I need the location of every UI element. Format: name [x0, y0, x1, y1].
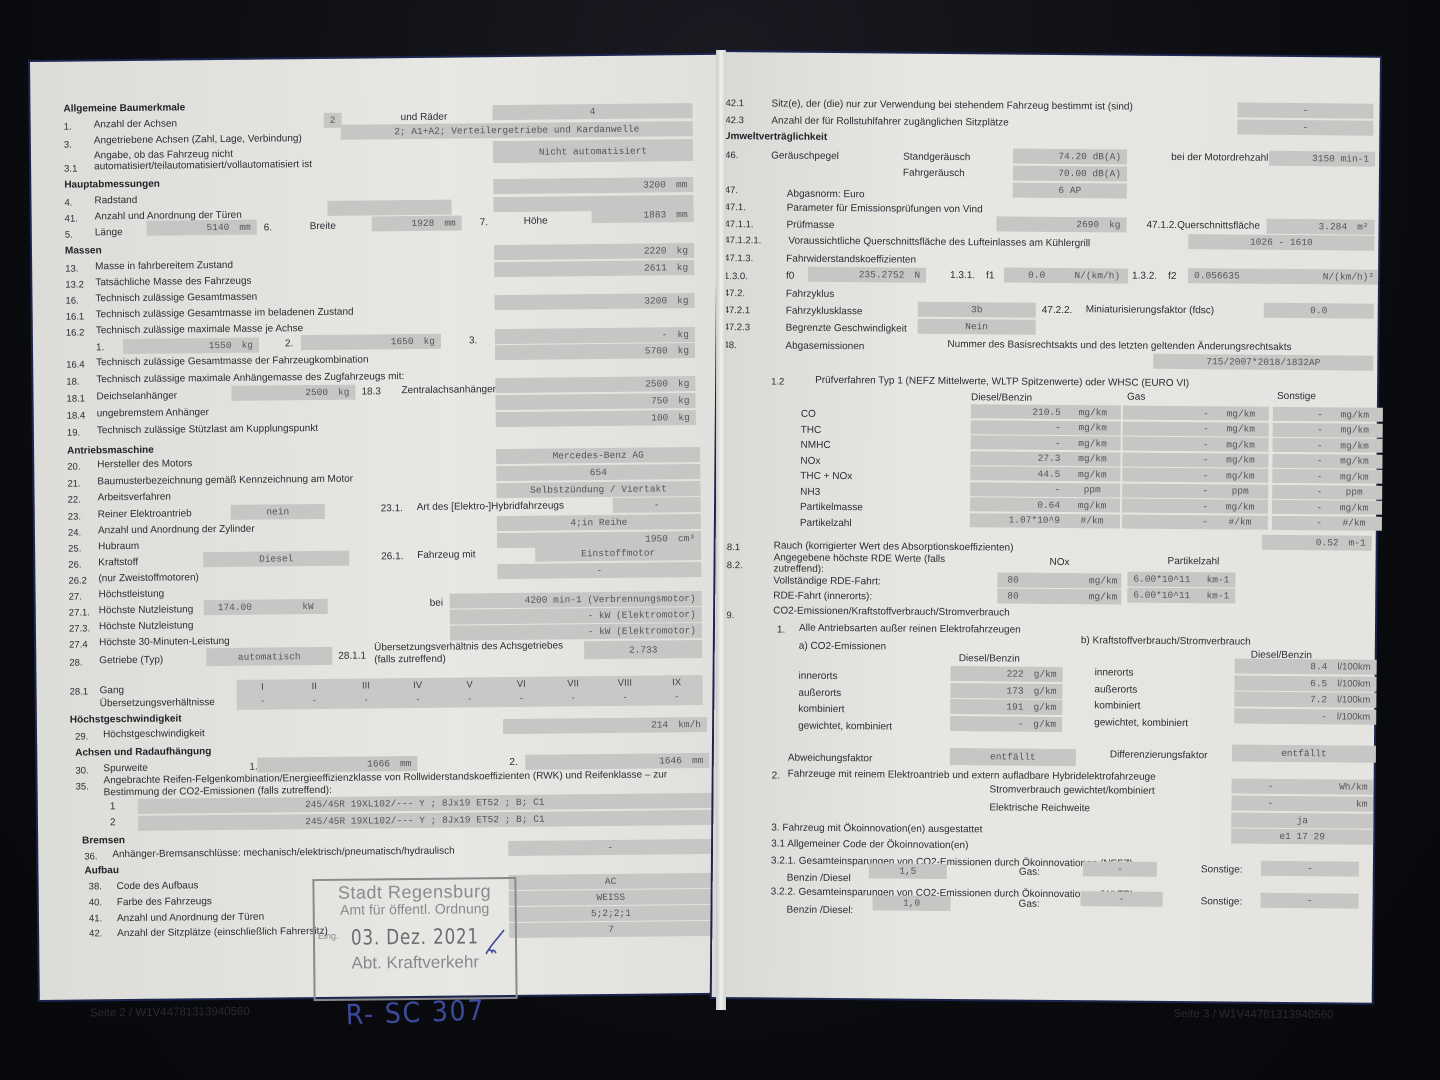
- pure-electric-value: nein: [231, 504, 325, 520]
- emission-other: -mg/km: [1272, 500, 1382, 515]
- label-f1: f1: [986, 270, 994, 281]
- label-cylinders: Anzahl und Anordnung der Zylinder: [98, 524, 255, 537]
- row-number: 27.1.: [69, 607, 90, 618]
- row-number: 47.1.2.1.: [724, 235, 761, 246]
- actual-mass-value: 2611kg: [494, 260, 694, 277]
- seats-value: 7: [509, 921, 713, 938]
- emission-gas: -ppm: [1122, 483, 1268, 498]
- axle-3-mass: -kg: [495, 327, 695, 344]
- label-width: Breite: [310, 221, 336, 232]
- row-number: 28.1.1: [338, 651, 366, 662]
- row-number: 7.: [480, 217, 488, 228]
- savings-wltp-other: -: [1261, 893, 1359, 909]
- stamp-office: Amt für öffentl. Ordnung: [315, 900, 515, 918]
- row-number: 47.2.2.: [1042, 305, 1073, 316]
- gear-ratio: -: [340, 694, 392, 706]
- co2-row-label: gewichtet, kombiniert: [798, 720, 892, 732]
- coupling-load-value: 100kg: [496, 410, 696, 427]
- label-other: Sonstige:: [1201, 896, 1243, 907]
- row-number: 38.: [89, 881, 102, 892]
- max-net-power-electric-value: - kW (Elektromotor): [450, 607, 702, 625]
- stamp-date: 03. Dez. 2021: [335, 924, 495, 950]
- emission-gas: -mg/km: [1122, 499, 1268, 514]
- hybrid-type-value: -: [613, 497, 701, 513]
- co2-row-label: innerorts: [799, 671, 838, 682]
- fuel-value: 8.4l/100km: [1235, 659, 1377, 675]
- emission-gas: -#/km: [1122, 514, 1268, 529]
- downscaling-factor-value: 0.0: [1264, 303, 1374, 319]
- track-width-2-value: 1646mm: [525, 753, 709, 770]
- gear-label: IX: [651, 677, 703, 689]
- row-number: 3.1: [64, 164, 77, 175]
- column-header-rde-pn: Partikelzahl: [1168, 556, 1220, 567]
- page-footer-3: Seite 3 / W1V44781313940560: [1174, 1008, 1334, 1021]
- column-header-gas: Gas: [1127, 392, 1145, 403]
- stationary-seats-value: -: [1237, 103, 1373, 119]
- dual-fuel-value: -: [497, 562, 701, 579]
- engine-type-value: 654: [496, 464, 700, 481]
- label-downscaling-factor: Miniaturisierungsfaktor (fdsc): [1086, 304, 1214, 316]
- emission-diesel: -mg/km: [971, 435, 1121, 450]
- driving-noise-value: 70.00 dB(A): [1013, 166, 1127, 182]
- combination-mass-value: 5700kg: [495, 343, 695, 360]
- label-fuel-consumption: b) Kraftstoffverbrauch/Stromverbrauch: [1081, 635, 1251, 647]
- max-net-power-value: 174.00kW: [204, 599, 328, 615]
- gear-ratio: -: [288, 695, 340, 707]
- fuel-row-label: außerorts: [1094, 684, 1137, 695]
- column-header-other: Sonstige: [1277, 391, 1316, 402]
- label-axle-2: 2.: [285, 338, 293, 349]
- row-number: 4.: [64, 198, 72, 209]
- row-number: 47.1.: [725, 202, 746, 213]
- label-engine-manufacturer: Hersteller des Motors: [97, 458, 192, 470]
- wheels-value: 4: [492, 103, 692, 120]
- eco-innovation-code-value: e1 17 29: [1231, 828, 1373, 844]
- signature-icon: [478, 928, 508, 958]
- label-grille-area: Voraussichtliche Querschnittsfläche des …: [788, 236, 1090, 250]
- row-number: 13.2: [65, 279, 84, 290]
- row-number: 13.: [65, 264, 78, 275]
- gear-label: IV: [392, 680, 444, 692]
- row-number: 18.4: [67, 410, 86, 421]
- label-seats: Anzahl der Sitzplätze (einschließlich Fa…: [117, 926, 328, 939]
- label-axle-1: 1.: [96, 342, 104, 353]
- label-max-net-power: Höchste Nutzleistung: [99, 604, 194, 616]
- emission-other: -#/km: [1272, 515, 1382, 530]
- emission-row-label: CO: [801, 409, 816, 420]
- fuel-value: -l/100km: [1234, 708, 1376, 724]
- rde-urban-pn: 6.00*10^11km-1: [1127, 588, 1235, 604]
- trailer-brakes-value: -: [508, 839, 712, 856]
- label-wheels: und Räder: [401, 112, 448, 123]
- row-number: 42.: [89, 928, 102, 939]
- fuel-row-label: innerorts: [1095, 667, 1134, 678]
- rde-full-nox: 80mg/km: [997, 572, 1121, 588]
- row-number: 36.: [84, 851, 97, 862]
- label-gas: Gas:: [1019, 899, 1040, 910]
- label-hybrid-type: Art des [Elektro-]Hybridfahrzeugs: [417, 500, 564, 513]
- emission-row-label: Partikelzahl: [800, 517, 852, 528]
- label-vehicle-with: Fahrzeug mit: [417, 549, 475, 561]
- label-exhaust-emissions: Abgasemissionen: [785, 341, 864, 353]
- unbraked-trailer-value: 750kg: [496, 393, 696, 410]
- row-number: 16.4: [66, 359, 85, 370]
- row-number: 29.: [75, 731, 88, 742]
- row-number: 16.1: [66, 311, 85, 322]
- emission-diesel: 210.5mg/km: [971, 404, 1121, 419]
- row-number: 25.: [68, 543, 81, 554]
- emission-other: -ppm: [1272, 484, 1382, 499]
- label-trailer-mass: Technisch zulässige maximale Anhängemass…: [96, 371, 404, 385]
- row-number: 21.: [67, 478, 80, 489]
- engine-manufacturer-value: Mercedes-Benz AG: [496, 447, 700, 464]
- co2-value: -g/km: [950, 716, 1062, 732]
- label-f0: f0: [786, 271, 794, 282]
- co2-table: innerorts222g/kmaußerorts173g/kmkombinie…: [798, 665, 1069, 737]
- emission-diesel: 27.3mg/km: [970, 451, 1120, 466]
- gear-label: VII: [547, 678, 599, 690]
- 30-min-power-value: - kW (Elektromotor): [450, 623, 702, 641]
- emission-gas: -mg/km: [1123, 421, 1269, 436]
- row-number: 47.2.1: [724, 305, 751, 316]
- label-track-width: Spurweite: [103, 763, 148, 774]
- row-number: 6.: [264, 222, 272, 233]
- label-max-power: Höchstleistung: [99, 589, 165, 601]
- label-wheelchair-seats: Anzahl der für Rollstuhlfahrer zugänglic…: [771, 115, 1008, 128]
- axle-2-mass: 1650kg: [301, 334, 441, 350]
- label-f2: f2: [1168, 271, 1176, 282]
- section-heading-axles: Achsen und Radaufhängung: [75, 746, 211, 758]
- label-co2-fuel: CO2-Emissionen/Kraftstoffverbrauch/Strom…: [773, 605, 1010, 618]
- rde-urban-nox: 80mg/km: [997, 588, 1121, 604]
- co2-row-label: kombiniert: [798, 704, 844, 715]
- f2-value: 0.056635N/(km/h)²: [1188, 268, 1378, 285]
- row-number: 26.1.: [381, 551, 403, 562]
- emission-other: -mg/km: [1273, 438, 1383, 453]
- label-length: Länge: [95, 227, 123, 238]
- label-limited-speed: Begrenzte Geschwindigkeit: [786, 323, 907, 335]
- fuel-row-label: kombiniert: [1094, 700, 1140, 711]
- fuel-row-label: gewichtet, kombiniert: [1094, 717, 1188, 729]
- row-number: 1.3.2.: [1132, 271, 1157, 282]
- paper-fold: [716, 50, 726, 1010]
- drawbar-trailer-value: 2500kg: [231, 385, 355, 401]
- emission-gas: -mg/km: [1123, 437, 1269, 452]
- color-value: WEISS: [509, 889, 713, 906]
- row-number: 40.: [89, 897, 102, 908]
- section-heading-dimensions: Hauptabmessungen: [64, 179, 160, 191]
- document-page-3: 42.1 Sitz(e), der (die) nur zur Verwendu…: [712, 52, 1380, 1003]
- row-number: 16.2: [66, 327, 85, 338]
- width-value: 1928mm: [372, 215, 462, 231]
- axle-distance-1-2: [327, 200, 451, 216]
- label-frontal-area: 47.1.2.Querschnittsfläche: [1146, 220, 1260, 232]
- emission-standard-value: 6 AP: [1013, 183, 1127, 199]
- differentiation-factor-value: entfällt: [1232, 744, 1376, 762]
- fuel-value: 7.2l/100km: [1234, 692, 1376, 708]
- column-header-co2-diesel: Diesel/Benzin: [959, 653, 1020, 665]
- label-savings-wltp: 3.2.2. Gesamteinsparungen von CO2-Emissi…: [771, 886, 1134, 900]
- limited-speed-value: Nein: [918, 319, 1036, 335]
- label-trailer-brakes: Anhänger-Bremsanschlüsse: mechanisch/ele…: [112, 846, 454, 861]
- gear-label: I: [237, 681, 289, 693]
- axle-1-mass: 1550kg: [123, 338, 259, 354]
- frontal-area-value: 3.284m²: [1266, 219, 1374, 235]
- emission-row-label: NMHC: [801, 440, 831, 451]
- cycle-class-value: 3b: [918, 302, 1036, 318]
- label-other: Sonstige:: [1201, 864, 1243, 875]
- max-power-rpm-value: 4200 min-1 (Verbrennungsmotor): [450, 591, 702, 609]
- savings-wltp-gas: -: [1081, 891, 1163, 907]
- gear-ratio: -: [599, 692, 651, 704]
- emission-other: -mg/km: [1272, 453, 1382, 468]
- deviation-factor-value: entfällt: [950, 748, 1076, 766]
- gear-ratio: -: [237, 695, 289, 707]
- emission-gas: -mg/km: [1122, 468, 1268, 483]
- driven-axles-value: 2; A1+A2; Verteilergetriebe und Kardanwe…: [341, 121, 693, 140]
- fuel-value: 6.5l/100km: [1234, 675, 1376, 691]
- label-dual-fuel: (nur Zweistoffmotoren): [98, 572, 199, 584]
- test-mass-value: 2690kg: [996, 216, 1126, 232]
- row-number: 26.: [68, 559, 81, 570]
- smoke-value: 0.52m-1: [1262, 535, 1372, 551]
- row-number: 3.: [64, 140, 72, 151]
- engine-speed-value: 3150 min-1: [1269, 151, 1375, 167]
- row-number: 47.1.3.: [724, 253, 753, 264]
- section-heading-environment: Umweltverträglichkeit: [723, 131, 827, 143]
- document-page-2: Allgemeine Baumerkmale 1. Anzahl der Ach…: [30, 55, 734, 1000]
- co2-value: 191g/km: [950, 699, 1062, 715]
- label-body-code: Code des Aufbaus: [117, 880, 199, 892]
- label-fuel: Kraftstoff: [98, 557, 138, 568]
- label-pure-electric: Reiner Elektroantrieb: [98, 508, 192, 520]
- wheelbase-value: 3200mm: [493, 177, 693, 194]
- label-final-drive-ratio-2: (falls zutreffend): [374, 654, 446, 666]
- row-number: 18.3: [361, 386, 381, 397]
- label-gear-ratios: Übersetzungsverhältnisse: [100, 697, 215, 709]
- row-number: 47.: [725, 185, 738, 196]
- gear-ratio: -: [444, 693, 496, 705]
- label-electric-vehicles: Fahrzeuge mit reinem Elektroantrieb und …: [788, 769, 1156, 783]
- fuel-table: innerorts8.4l/100kmaußerorts6.5l/100kmko…: [1094, 661, 1377, 733]
- gear-ratio-table: I-II-III-IV-V-VI-VII-VIII-IX-: [236, 675, 702, 710]
- stationary-noise-value: 74.20 dB(A): [1013, 149, 1127, 165]
- label-rde-2: zutreffend):: [773, 563, 824, 574]
- row-number: 1.2: [771, 376, 784, 387]
- gear-ratio: -: [392, 694, 444, 706]
- label-tyres-1: Angebrachte Reifen-Felgenkombination/Ene…: [103, 769, 667, 786]
- row-number: 19.: [67, 427, 80, 438]
- row-number: 42.3: [725, 115, 744, 126]
- row-number: 27.3.: [69, 623, 90, 634]
- row-number: 23.1.: [381, 503, 403, 514]
- grille-area-value: 1026 - 1610: [1188, 234, 1374, 251]
- label-road-load-coeff: Fahrwiderstandskoeffizienten: [786, 254, 916, 266]
- emission-gas: -mg/km: [1122, 452, 1268, 467]
- emission-other: -mg/km: [1273, 407, 1383, 422]
- label-petrol-diesel: Benzin /Diesel:: [786, 905, 853, 917]
- height-value: 1883mm: [592, 207, 694, 223]
- label-deviation-factor: Abweichungsfaktor: [788, 753, 873, 765]
- electric-range-value: -km: [1231, 795, 1373, 811]
- label-actual-mass: Tatsächliche Masse des Fahrzeugs: [95, 276, 251, 289]
- row-number: 23.: [68, 511, 81, 522]
- row-number: 20.: [67, 461, 80, 472]
- label-emission-standard: Abgasnorm: Euro: [787, 189, 865, 201]
- label-eco-innovation-code: 3.1 Allgemeiner Code der Ökoinnovation(e…: [771, 838, 968, 851]
- label-height: Höhe: [524, 216, 548, 227]
- section-heading-masses: Massen: [65, 245, 102, 256]
- rde-full-pn: 6.00*10^11km-1: [1127, 572, 1235, 588]
- row-number: 18.: [66, 376, 79, 387]
- label-gear: Gang: [100, 685, 125, 696]
- co2-value: 222g/km: [951, 666, 1063, 682]
- row-number: 1.: [777, 625, 785, 636]
- legal-act-value: 715/2007*2018/1832AP: [1153, 354, 1373, 371]
- emission-other: -mg/km: [1272, 469, 1382, 484]
- column-header-diesel: Diesel/Benzin: [971, 392, 1032, 404]
- tyre-row-index: 2: [110, 817, 116, 828]
- savings-wltp-diesel: 1,0: [873, 895, 951, 911]
- row-number: 30.: [75, 765, 88, 776]
- row-number: 1.3.0.: [724, 271, 748, 282]
- track-width-1-value: 1666mm: [257, 756, 417, 773]
- emission-table: CO210.5mg/km-mg/km-mg/kmTHC-mg/km-mg/km-…: [800, 403, 1381, 538]
- label-gas: Gas:: [1019, 867, 1040, 878]
- row-number: 47.2.3: [724, 322, 751, 333]
- section-heading-brakes: Bremsen: [82, 835, 125, 846]
- emission-row-label: NOx: [800, 455, 820, 466]
- row-number: 27.4: [69, 639, 88, 650]
- label-co2-emissions: a) CO2-Emissionen: [799, 641, 886, 653]
- length-value: 5140mm: [147, 220, 257, 236]
- eco-innovation-value: ja: [1231, 812, 1373, 828]
- gear-label: II: [288, 681, 340, 693]
- section-heading-body: Aufbau: [84, 865, 119, 876]
- label-savings-nedc: 3.2.1. Gesamteinsparungen von CO2-Emissi…: [771, 855, 1133, 869]
- emission-diesel: 0.64mg/km: [970, 497, 1120, 512]
- axles-value: 2: [324, 113, 342, 128]
- row-number: 41.: [89, 913, 102, 924]
- label-all-drives: Alle Antriebsarten außer reinen Elektrof…: [799, 623, 1021, 636]
- label-drawbar-trailer: Deichselanhänger: [96, 390, 177, 402]
- label-axles: Anzahl der Achsen: [94, 118, 178, 130]
- emission-other: -mg/km: [1273, 422, 1383, 437]
- label-legal-act: Nummer des Basisrechtsakts und des letzt…: [947, 339, 1291, 353]
- row-number: 47.2.: [724, 288, 745, 299]
- row-number: 42.1: [726, 98, 745, 109]
- label-axle-3: 3.: [469, 335, 477, 346]
- row-number: 46.: [725, 150, 738, 161]
- gross-mass-laden-value: 3200kg: [494, 293, 694, 310]
- label-combination-mass: Technisch zulässige Gesamtmasse der Fahr…: [96, 354, 368, 368]
- emission-diesel: -mg/km: [971, 420, 1121, 435]
- co2-value: 173g/km: [950, 683, 1062, 699]
- label-coupling-load: Technisch zulässige Stützlast am Kupplun…: [97, 423, 318, 436]
- co2-row-label: außerorts: [798, 687, 841, 698]
- label-type1-test: Prüfverfahren Typ 1 (NEFZ Mittelwerte, W…: [815, 375, 1189, 389]
- label-petrol-diesel: Benzin /Diesel: [787, 873, 851, 885]
- label-displacement: Hubraum: [98, 541, 139, 552]
- label-center-axle-trailer: Zentralachsanhänger: [401, 384, 496, 396]
- label-unbraked-trailer: ungebremstem Anhänger: [97, 407, 209, 419]
- label-electric-range: Elektrische Reichweite: [989, 802, 1090, 814]
- label-emission-test-params: Parameter für Emissionsprüfungen von Vin…: [787, 203, 983, 216]
- curb-mass-value: 2220kg: [494, 243, 694, 260]
- row-number: 2.: [772, 770, 780, 781]
- gear-ratio: -: [651, 691, 703, 703]
- gearbox-value: automatisch: [206, 647, 332, 666]
- label-curb-mass: Masse in fahrbereitem Zustand: [95, 260, 233, 272]
- savings-nedc-gas: -: [1083, 861, 1157, 877]
- label-at: bei: [430, 598, 443, 609]
- column-header-rde-nox: NOx: [1050, 557, 1070, 568]
- power-consumption-value: -Wh/km: [1232, 778, 1374, 794]
- f0-value: 235.2752N: [808, 267, 926, 283]
- label-doors: Anzahl und Anordnung der Türen: [117, 912, 264, 925]
- label-noise-level: Geräuschpegel: [771, 150, 839, 162]
- tyre-row-index: 1: [110, 801, 116, 812]
- label-power-consumption: Stromverbrauch gewichtet/kombiniert: [990, 784, 1155, 796]
- label-gearbox: Getriebe (Typ): [99, 655, 163, 667]
- label-driven-axles: Angetriebene Achsen (Zahl, Lage, Verbind…: [94, 133, 302, 146]
- section-heading-max-speed: Höchstgeschwindigkeit: [70, 713, 182, 725]
- label-test-mass: Prüfmasse: [786, 220, 834, 231]
- emission-row-label: NH3: [800, 486, 820, 497]
- label-rde-full: Vollständige RDE-Fahrt:: [773, 575, 880, 587]
- row-number: 16.: [65, 296, 78, 307]
- gear-label: VIII: [599, 678, 651, 690]
- gear-ratio: -: [547, 692, 599, 704]
- row-number: 1.: [64, 122, 72, 133]
- label-stationary-noise: Standgeräusch: [903, 152, 970, 164]
- savings-nedc-other: -: [1261, 861, 1359, 877]
- label-driving-noise: Fahrgeräusch: [903, 168, 965, 180]
- label-final-drive-ratio-1: Übersetzungsverhältnis des Achsgetriebes: [374, 640, 563, 653]
- label-wheelbase: Radstand: [94, 195, 137, 206]
- tyre-combination-2: 245/45R 19XL102/--- Y ; 8Jx19 ET52 ; B; …: [138, 810, 712, 831]
- fuel-system-value: Einstoffmotor: [535, 545, 701, 562]
- label-30-min-power: Höchste 30-Minuten-Leistung: [99, 636, 230, 648]
- emission-row-label: THC + NOx: [800, 471, 852, 482]
- row-number: 22.: [68, 494, 81, 505]
- row-number: 27.: [69, 591, 82, 602]
- wheelchair-seats-value: -: [1237, 120, 1373, 136]
- label-stationary-seats: Sitz(e), der (die) nur zur Verwendung be…: [772, 98, 1133, 112]
- page-footer-2: Seite 2 / W1V44781313940560: [90, 1006, 250, 1020]
- label-working-principle: Arbeitsverfahren: [98, 492, 171, 504]
- label-rde-urban: RDE-Fahrt (innerorts):: [773, 590, 872, 602]
- f1-value: 0.0N/(km/h): [1004, 267, 1128, 283]
- section-heading-engine: Antriebsmaschine: [67, 445, 154, 457]
- gear-label: VI: [495, 679, 547, 691]
- final-drive-ratio-value: 2.733: [584, 640, 702, 659]
- emission-diesel: 1.07*10^9#/km: [970, 513, 1120, 528]
- cylinders-value: 4;in Reihe: [497, 514, 701, 531]
- row-number: 28.: [69, 657, 82, 668]
- savings-nedc-diesel: 1,5: [869, 863, 947, 879]
- row-number: 24.: [68, 527, 81, 538]
- fuel-value: Diesel: [203, 551, 349, 568]
- label-track-2: 2.: [509, 757, 517, 768]
- body-code-value: AC: [509, 873, 713, 890]
- label-smoke: Rauch (korrigierter Wert des Absorptions…: [774, 540, 1014, 553]
- label-max-net-power-electric: Höchste Nutzleistung: [99, 620, 194, 632]
- emission-diesel: -ppm: [970, 482, 1120, 497]
- row-number: 47.1.1.: [724, 219, 753, 230]
- label-eco-innovation: 3. Fahrzeug mit Ökoinnovation(en) ausges…: [771, 822, 982, 835]
- row-number: 41.: [65, 214, 78, 225]
